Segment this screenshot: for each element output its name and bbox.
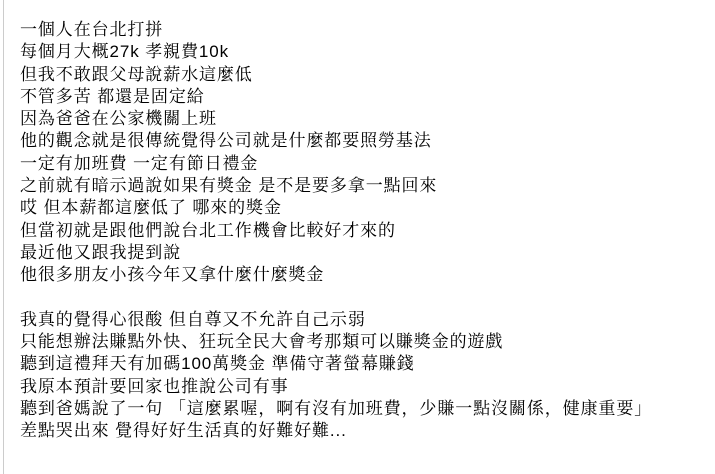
text-line: 我原本預計要回家也推說公司有事 (20, 376, 709, 398)
text-line: 但當初就是跟他們說台北工作機會比較好才來的 (20, 220, 709, 242)
text-line: 只能想辦法賺點外快、狂玩全民大會考那類可以賺獎金的遊戲 (20, 331, 709, 353)
text-line: 最近他又跟我提到說 (20, 242, 709, 264)
text-line: 之前就有暗示過說如果有獎金 是不是要多拿一點回來 (20, 175, 709, 197)
post-body: 一個人在台北打拼 每個月大概27k 孝親費10k 但我不敢跟父母說薪水這麼低 不… (20, 19, 709, 443)
blank-line (20, 287, 709, 309)
text-line: 一個人在台北打拼 (20, 19, 709, 41)
text-line: 哎 但本薪都這麼低了 哪來的獎金 (20, 197, 709, 219)
text-line: 聽到這禮拜天有加碼100萬獎金 準備守著螢幕賺錢 (20, 353, 709, 375)
text-line: 但我不敢跟父母說薪水這麼低 (20, 64, 709, 86)
text-line: 差點哭出來 覺得好好生活真的好難好難... (20, 420, 709, 442)
text-line: 他的觀念就是很傳統覺得公司就是什麼都要照勞基法 (20, 130, 709, 152)
text-line: 每個月大概27k 孝親費10k (20, 41, 709, 63)
text-line: 我真的覺得心很酸 但自尊又不允許自己示弱 (20, 309, 709, 331)
text-line: 不管多苦 都還是固定給 (20, 86, 709, 108)
left-border-divider (3, 0, 4, 474)
text-line: 一定有加班費 一定有節日禮金 (20, 153, 709, 175)
text-line: 他很多朋友小孩今年又拿什麼什麼獎金 (20, 264, 709, 286)
text-line: 因為爸爸在公家機關上班 (20, 108, 709, 130)
text-line: 聽到爸媽說了一句 「這麼累喔，啊有沒有加班費，少賺一點沒關係，健康重要」 (20, 398, 709, 420)
